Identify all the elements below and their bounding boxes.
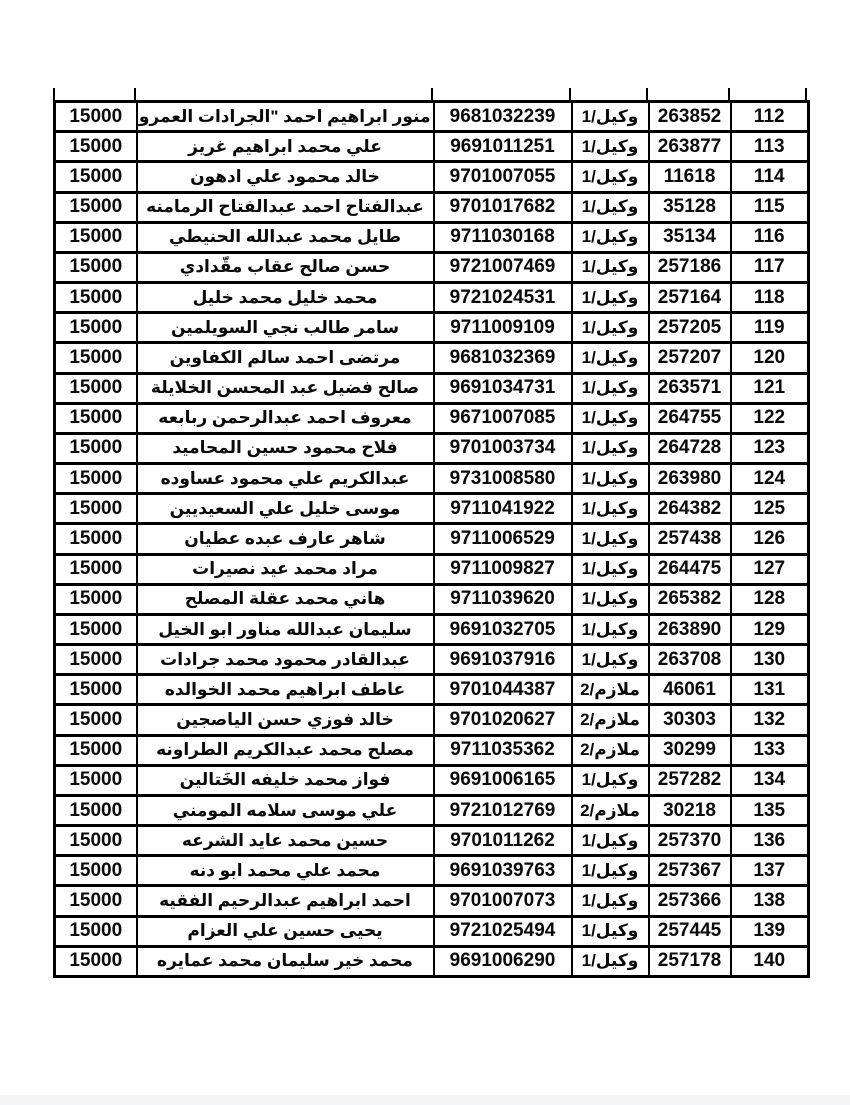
number-cell: 257164	[649, 283, 731, 313]
name-cell: صالح فضيل عبد المحسن الخلايلة	[137, 373, 434, 403]
amount-cell: 15000	[55, 795, 137, 825]
amount-cell: 15000	[55, 614, 137, 644]
serial-cell: 131	[731, 675, 809, 705]
table-row: 122 264755 وكيل/1 9671007085 معروف احمد …	[55, 403, 809, 433]
serial-cell: 132	[731, 705, 809, 735]
id-number-cell: 9711006529	[434, 524, 572, 554]
table-row: 113 263877 وكيل/1 9691011251 علي محمد اب…	[55, 132, 809, 162]
name-cell: محمد خليل محمد خليل	[137, 283, 434, 313]
serial-cell: 133	[731, 735, 809, 765]
number-cell: 257438	[649, 524, 731, 554]
number-cell: 35128	[649, 192, 731, 222]
amount-cell: 15000	[55, 373, 137, 403]
name-cell: سليمان عبدالله مناور ابو الخيل	[137, 614, 434, 644]
rank-cell: وكيل/1	[572, 403, 649, 433]
number-cell: 263890	[649, 614, 731, 644]
id-number-cell: 9691011251	[434, 132, 572, 162]
table-row: 125 264382 وكيل/1 9711041922 موسى خليل ع…	[55, 494, 809, 524]
rank-cell: وكيل/1	[572, 433, 649, 463]
serial-cell: 134	[731, 765, 809, 795]
id-number-cell: 9701007073	[434, 886, 572, 916]
amount-cell: 15000	[55, 735, 137, 765]
serial-cell: 136	[731, 826, 809, 856]
name-cell: محمد علي محمد ابو دنه	[137, 856, 434, 886]
serial-cell: 113	[731, 132, 809, 162]
name-cell: احمد ابراهيم عبدالرحيم الفقيه	[137, 886, 434, 916]
number-cell: 257367	[649, 856, 731, 886]
id-number-cell: 9711009827	[434, 554, 572, 584]
table-row: 119 257205 وكيل/1 9711009109 سامر طالب ن…	[55, 313, 809, 343]
rank-cell: وكيل/1	[572, 252, 649, 282]
table-row: 121 263571 وكيل/1 9691034731 صالح فضيل ع…	[55, 373, 809, 403]
rank-cell: ملازم/2	[572, 705, 649, 735]
table-row: 118 257164 وكيل/1 9721024531 محمد خليل م…	[55, 283, 809, 313]
name-cell: علي محمد ابراهيم غريز	[137, 132, 434, 162]
rank-cell: وكيل/1	[572, 192, 649, 222]
serial-cell: 135	[731, 795, 809, 825]
table-row: 132 30303 ملازم/2 9701020627 خالد فوزي ح…	[55, 705, 809, 735]
table-row: 115 35128 وكيل/1 9701017682 عبدالفتاح اح…	[55, 192, 809, 222]
amount-cell: 15000	[55, 645, 137, 675]
rank-cell: وكيل/1	[572, 524, 649, 554]
rank-cell: وكيل/1	[572, 343, 649, 373]
serial-cell: 124	[731, 464, 809, 494]
table-row: 135 30218 ملازم/2 9721012769 علي موسى سل…	[55, 795, 809, 825]
table-row: 124 263980 وكيل/1 9731008580 عبدالكريم ع…	[55, 464, 809, 494]
table-row: 137 257367 وكيل/1 9691039763 محمد علي مح…	[55, 856, 809, 886]
table-row: 120 257207 وكيل/1 9681032369 مرتضى احمد …	[55, 343, 809, 373]
id-number-cell: 9711039620	[434, 584, 572, 614]
serial-cell: 121	[731, 373, 809, 403]
rank-cell: وكيل/1	[572, 162, 649, 192]
amount-cell: 15000	[55, 705, 137, 735]
amount-cell: 15000	[55, 916, 137, 946]
amount-cell: 15000	[55, 524, 137, 554]
rank-cell: وكيل/1	[572, 283, 649, 313]
amount-cell: 15000	[55, 584, 137, 614]
serial-cell: 119	[731, 313, 809, 343]
name-cell: مصلح محمد عبدالكريم الطراونه	[137, 735, 434, 765]
serial-cell: 118	[731, 283, 809, 313]
amount-cell: 15000	[55, 675, 137, 705]
name-cell: خالد محمود علي ادهون	[137, 162, 434, 192]
rank-cell: وكيل/1	[572, 313, 649, 343]
rank-cell: وكيل/1	[572, 645, 649, 675]
name-cell: معروف احمد عبدالرحمن ربابعه	[137, 403, 434, 433]
number-cell: 257178	[649, 946, 731, 976]
amount-cell: 15000	[55, 132, 137, 162]
name-cell: حسين محمد عايد الشرعه	[137, 826, 434, 856]
id-number-cell: 9721007469	[434, 252, 572, 282]
id-number-cell: 9671007085	[434, 403, 572, 433]
serial-cell: 114	[731, 162, 809, 192]
id-number-cell: 9721025494	[434, 916, 572, 946]
serial-cell: 123	[731, 433, 809, 463]
serial-cell: 126	[731, 524, 809, 554]
name-cell: طايل محمد عبدالله الحنيطي	[137, 222, 434, 252]
name-cell: سامر طالب نجي السويلمين	[137, 313, 434, 343]
rank-cell: ملازم/2	[572, 795, 649, 825]
serial-cell: 116	[731, 222, 809, 252]
number-cell: 11618	[649, 162, 731, 192]
table-row: 127 264475 وكيل/1 9711009827 مراد محمد ع…	[55, 554, 809, 584]
name-cell: شاهر عارف عبده عطيان	[137, 524, 434, 554]
table-row: 131 46061 ملازم/2 9701044387 عاطف ابراهي…	[55, 675, 809, 705]
serial-cell: 140	[731, 946, 809, 976]
id-number-cell: 9701011262	[434, 826, 572, 856]
serial-cell: 130	[731, 645, 809, 675]
serial-cell: 122	[731, 403, 809, 433]
rank-cell: وكيل/1	[572, 946, 649, 976]
serial-cell: 117	[731, 252, 809, 282]
rank-cell: وكيل/1	[572, 373, 649, 403]
rank-cell: وكيل/1	[572, 856, 649, 886]
serial-cell: 120	[731, 343, 809, 373]
amount-cell: 15000	[55, 252, 137, 282]
id-number-cell: 9681032369	[434, 343, 572, 373]
id-number-cell: 9711030168	[434, 222, 572, 252]
table-row: 138 257366 وكيل/1 9701007073 احمد ابراهي…	[55, 886, 809, 916]
amount-cell: 15000	[55, 313, 137, 343]
number-cell: 263877	[649, 132, 731, 162]
amount-cell: 15000	[55, 102, 137, 132]
serial-cell: 112	[731, 102, 809, 132]
rank-cell: وكيل/1	[572, 614, 649, 644]
number-cell: 263708	[649, 645, 731, 675]
amount-cell: 15000	[55, 433, 137, 463]
number-cell: 264728	[649, 433, 731, 463]
id-number-cell: 9691037916	[434, 645, 572, 675]
rank-cell: وكيل/1	[572, 464, 649, 494]
amount-cell: 15000	[55, 826, 137, 856]
serial-cell: 115	[731, 192, 809, 222]
id-number-cell: 9701017682	[434, 192, 572, 222]
serial-cell: 138	[731, 886, 809, 916]
table-row: 128 265382 وكيل/1 9711039620 هاني محمد ع…	[55, 584, 809, 614]
name-cell: موسى خليل علي السعيديين	[137, 494, 434, 524]
id-number-cell: 9731008580	[434, 464, 572, 494]
name-cell: خالد فوزي حسن الياصجين	[137, 705, 434, 735]
id-number-cell: 9721012769	[434, 795, 572, 825]
rank-cell: ملازم/2	[572, 675, 649, 705]
number-cell: 46061	[649, 675, 731, 705]
personnel-table-body: 112 263852 وكيل/1 9681032239 منور ابراهي…	[55, 102, 809, 977]
serial-cell: 129	[731, 614, 809, 644]
id-number-cell: 9701007055	[434, 162, 572, 192]
rank-cell: وكيل/1	[572, 494, 649, 524]
name-cell: مرتضى احمد سالم الكفاوين	[137, 343, 434, 373]
table-row: 114 11618 وكيل/1 9701007055 خالد محمود ع…	[55, 162, 809, 192]
number-cell: 265382	[649, 584, 731, 614]
id-number-cell: 9691006290	[434, 946, 572, 976]
rank-cell: وكيل/1	[572, 826, 649, 856]
table-row: 140 257178 وكيل/1 9691006290 محمد خير سل…	[55, 946, 809, 976]
amount-cell: 15000	[55, 494, 137, 524]
number-cell: 257282	[649, 765, 731, 795]
amount-cell: 15000	[55, 886, 137, 916]
amount-cell: 15000	[55, 554, 137, 584]
name-cell: منور ابراهيم احمد "الجرادات العمرو "	[137, 102, 434, 132]
amount-cell: 15000	[55, 192, 137, 222]
rank-cell: وكيل/1	[572, 554, 649, 584]
number-cell: 257205	[649, 313, 731, 343]
amount-cell: 15000	[55, 162, 137, 192]
serial-cell: 128	[731, 584, 809, 614]
amount-cell: 15000	[55, 222, 137, 252]
table-row: 136 257370 وكيل/1 9701011262 حسين محمد ع…	[55, 826, 809, 856]
name-cell: محمد خير سليمان محمد عمايره	[137, 946, 434, 976]
name-cell: عاطف ابراهيم محمد الخوالده	[137, 675, 434, 705]
name-cell: فلاح محمود حسين المحاميد	[137, 433, 434, 463]
serial-cell: 137	[731, 856, 809, 886]
number-cell: 30299	[649, 735, 731, 765]
name-cell: عبدالكريم علي محمود عساوده	[137, 464, 434, 494]
table-row: 112 263852 وكيل/1 9681032239 منور ابراهي…	[55, 102, 809, 132]
rank-cell: وكيل/1	[572, 765, 649, 795]
amount-cell: 15000	[55, 765, 137, 795]
id-number-cell: 9711035362	[434, 735, 572, 765]
amount-cell: 15000	[55, 946, 137, 976]
number-cell: 35134	[649, 222, 731, 252]
id-number-cell: 9721024531	[434, 283, 572, 313]
number-cell: 263571	[649, 373, 731, 403]
id-number-cell: 9711009109	[434, 313, 572, 343]
table-row: 117 257186 وكيل/1 9721007469 حسن صالح عق…	[55, 252, 809, 282]
number-cell: 30303	[649, 705, 731, 735]
number-cell: 264755	[649, 403, 731, 433]
table-row: 130 263708 وكيل/1 9691037916 عبدالقادر م…	[55, 645, 809, 675]
name-cell: عبدالفتاح احمد عبدالفتاح الرمامنه	[137, 192, 434, 222]
id-number-cell: 9691006165	[434, 765, 572, 795]
number-cell: 263980	[649, 464, 731, 494]
id-number-cell: 9691034731	[434, 373, 572, 403]
rank-cell: وكيل/1	[572, 584, 649, 614]
number-cell: 264382	[649, 494, 731, 524]
id-number-cell: 9691032705	[434, 614, 572, 644]
id-number-cell: 9691039763	[434, 856, 572, 886]
rank-cell: وكيل/1	[572, 132, 649, 162]
id-number-cell: 9701003734	[434, 433, 572, 463]
table-row: 133 30299 ملازم/2 9711035362 مصلح محمد ع…	[55, 735, 809, 765]
number-cell: 257445	[649, 916, 731, 946]
amount-cell: 15000	[55, 856, 137, 886]
table-row: 134 257282 وكيل/1 9691006165 فواز محمد خ…	[55, 765, 809, 795]
name-cell: علي موسى سلامه المومني	[137, 795, 434, 825]
id-number-cell: 9701020627	[434, 705, 572, 735]
rank-cell: وكيل/1	[572, 886, 649, 916]
id-number-cell: 9711041922	[434, 494, 572, 524]
name-cell: يحيى حسين علي العزام	[137, 916, 434, 946]
table-row: 139 257445 وكيل/1 9721025494 يحيى حسين ع…	[55, 916, 809, 946]
table-row: 129 263890 وكيل/1 9691032705 سليمان عبدا…	[55, 614, 809, 644]
rank-cell: وكيل/1	[572, 916, 649, 946]
scanned-page: 112 263852 وكيل/1 9681032239 منور ابراهي…	[0, 0, 850, 1105]
number-cell: 257366	[649, 886, 731, 916]
rank-cell: وكيل/1	[572, 102, 649, 132]
amount-cell: 15000	[55, 403, 137, 433]
personnel-table: 112 263852 وكيل/1 9681032239 منور ابراهي…	[53, 100, 810, 978]
id-number-cell: 9681032239	[434, 102, 572, 132]
number-cell: 30218	[649, 795, 731, 825]
name-cell: عبدالقادر محمود محمد جرادات	[137, 645, 434, 675]
serial-cell: 127	[731, 554, 809, 584]
number-cell: 263852	[649, 102, 731, 132]
rank-cell: وكيل/1	[572, 222, 649, 252]
name-cell: حسن صالح عقاب مقّدادي	[137, 252, 434, 282]
number-cell: 257370	[649, 826, 731, 856]
id-number-cell: 9701044387	[434, 675, 572, 705]
serial-cell: 125	[731, 494, 809, 524]
amount-cell: 15000	[55, 343, 137, 373]
table-row: 126 257438 وكيل/1 9711006529 شاهر عارف ع…	[55, 524, 809, 554]
serial-cell: 139	[731, 916, 809, 946]
amount-cell: 15000	[55, 283, 137, 313]
name-cell: فواز محمد خليفه الخَتالين	[137, 765, 434, 795]
table-row: 123 264728 وكيل/1 9701003734 فلاح محمود …	[55, 433, 809, 463]
number-cell: 257186	[649, 252, 731, 282]
rank-cell: ملازم/2	[572, 735, 649, 765]
name-cell: هاني محمد عقلة المصلح	[137, 584, 434, 614]
name-cell: مراد محمد عيد نصيرات	[137, 554, 434, 584]
scan-bottom-edge	[0, 1095, 850, 1105]
amount-cell: 15000	[55, 464, 137, 494]
number-cell: 257207	[649, 343, 731, 373]
table-row: 116 35134 وكيل/1 9711030168 طايل محمد عب…	[55, 222, 809, 252]
number-cell: 264475	[649, 554, 731, 584]
